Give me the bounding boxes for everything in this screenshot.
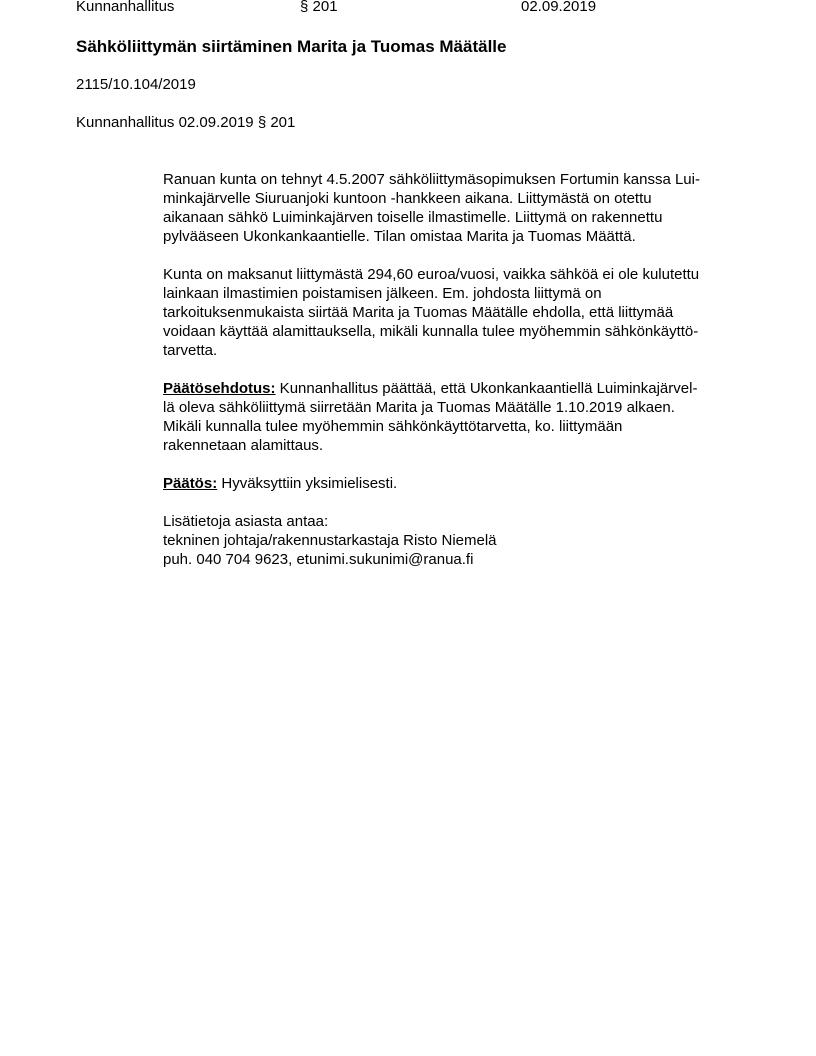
paragraph-contact: Lisätietoja asiasta antaa: tekninen joht… — [163, 512, 753, 569]
paragraph-reasoning: Kunta on maksanut liittymästä 294,60 eur… — [163, 265, 753, 360]
document-title: Sähköliittymän siirtäminen Marita ja Tuo… — [76, 37, 506, 57]
paragraph-background: Ranuan kunta on tehnyt 4.5.2007 sähkölii… — [163, 170, 753, 246]
proposal-label: Päätösehdotus: — [163, 380, 276, 397]
header-section: § 201 — [300, 0, 338, 15]
header-date: 02.09.2019 — [521, 0, 596, 15]
document-body: Ranuan kunta on tehnyt 4.5.2007 sähkölii… — [163, 170, 753, 588]
record-number: 2115/10.104/2019 — [76, 76, 196, 93]
meeting-reference: Kunnanhallitus 02.09.2019 § 201 — [76, 114, 295, 131]
paragraph-decision: Päätös: Hyväksyttiin yksimielisesti. — [163, 474, 753, 493]
header-body-name: Kunnanhallitus — [76, 0, 174, 15]
decision-label: Päätös: — [163, 475, 217, 492]
decision-text: Hyväksyttiin yksimielisesti. — [217, 475, 397, 492]
paragraph-proposal: Päätösehdotus: Kunnanhallitus päättää, e… — [163, 379, 753, 455]
